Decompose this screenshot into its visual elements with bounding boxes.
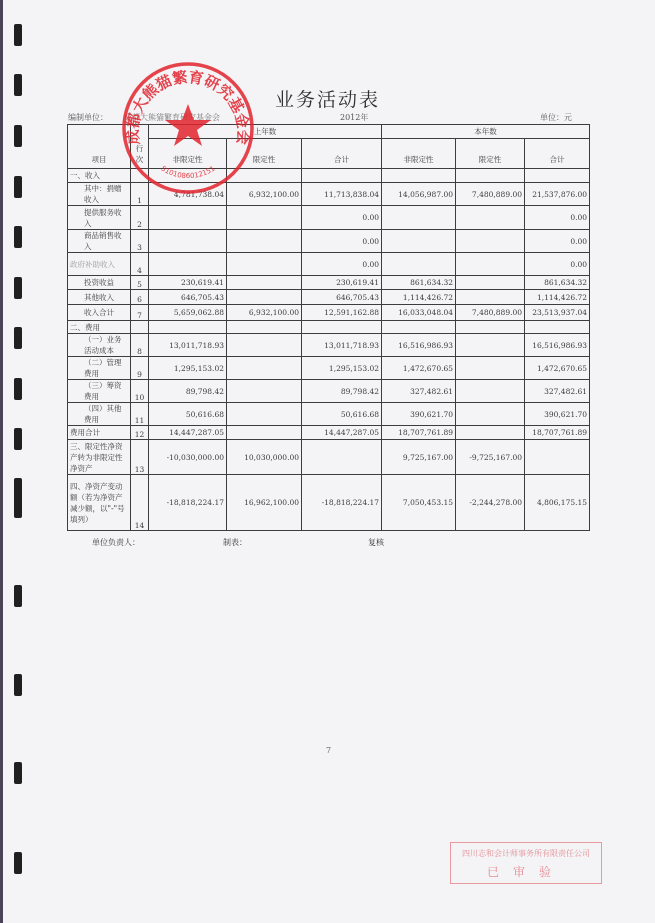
header-item: 项目	[68, 125, 131, 169]
audit-firm-name: 四川志和会计师事务所有限责任公司	[451, 848, 601, 859]
cell-cy-total: 0.00	[525, 230, 590, 253]
row-item-label: 三、限定性净资产转为非限定性净资产	[68, 440, 131, 475]
cell-cy-res: -9,725,167.00	[456, 440, 525, 475]
cell-cy-total: 861,634.32	[525, 276, 590, 290]
cell-py-unres: -10,030,000.00	[149, 440, 227, 475]
cell-cy-total: 0.00	[525, 206, 590, 230]
binding-hole	[14, 762, 22, 784]
cell-cy-res	[456, 380, 525, 403]
table-row: 二、费用	[68, 321, 590, 334]
cell-py-res	[227, 206, 302, 230]
row-item-label: 商品销售收入	[68, 230, 131, 253]
row-line-number: 1	[131, 183, 149, 206]
table-row: 投资收益5230,619.41230,619.41861,634.32861,6…	[68, 276, 590, 290]
cell-cy-total: 21,537,876.00	[525, 183, 590, 206]
row-item-label: 其中：捐赠收入	[68, 183, 131, 206]
cell-py-total: 89,798.42	[302, 380, 382, 403]
cell-py-total	[302, 440, 382, 475]
row-line-number: 5	[131, 276, 149, 290]
cell-cy-unres: 861,634.32	[382, 276, 456, 290]
cell-py-unres	[149, 206, 227, 230]
row-item-label: 政府补助收入	[68, 253, 131, 276]
cell-cy-res	[456, 206, 525, 230]
cell-py-unres: 4,781,738.04	[149, 183, 227, 206]
cell-py-total: 0.00	[302, 230, 382, 253]
cell-cy-res	[456, 321, 525, 334]
cell-cy-unres	[382, 230, 456, 253]
cell-py-unres: 230,619.41	[149, 276, 227, 290]
cell-cy-total	[525, 440, 590, 475]
cell-cy-total: 18,707,761.89	[525, 426, 590, 440]
cell-cy-unres: 390,621.70	[382, 403, 456, 426]
cell-py-unres	[149, 169, 227, 183]
cell-cy-unres: 16,516,986.93	[382, 334, 456, 357]
cell-py-res	[227, 403, 302, 426]
report-year: 2012年	[340, 112, 368, 123]
report-title: 业务活动表	[0, 85, 655, 112]
cell-py-unres: -18,818,224.17	[149, 475, 227, 531]
cell-py-res	[227, 290, 302, 305]
cell-cy-unres: 7,050,453.15	[382, 475, 456, 531]
row-item-label: （三）筹资费用	[68, 380, 131, 403]
cell-py-res: 6,932,100.00	[227, 305, 302, 321]
cell-cy-res	[456, 403, 525, 426]
cell-py-res	[227, 276, 302, 290]
row-line-number: 12	[131, 426, 149, 440]
header-current-year: 本年数	[382, 125, 590, 139]
row-item-label: 投资收益	[68, 276, 131, 290]
row-line-number: 14	[131, 475, 149, 531]
cell-py-unres: 50,616.68	[149, 403, 227, 426]
cell-py-res	[227, 253, 302, 276]
header-prior-year: 上年数	[149, 125, 382, 139]
cell-py-unres: 14,447,287.05	[149, 426, 227, 440]
binding-hole	[14, 176, 22, 198]
responsible-person-label: 单位负责人：	[92, 537, 140, 548]
cell-py-total: 1,295,153.02	[302, 357, 382, 380]
page-number: 7	[326, 746, 331, 755]
cell-cy-unres: 9,725,167.00	[382, 440, 456, 475]
binding-hole	[14, 585, 22, 607]
cell-cy-total: 1,472,670.65	[525, 357, 590, 380]
table-row: 一、收入	[68, 169, 590, 183]
cell-cy-total: 390,621.70	[525, 403, 590, 426]
cell-cy-res	[456, 230, 525, 253]
row-item-label: 一、收入	[68, 169, 131, 183]
header-line-no: 行次	[131, 125, 149, 169]
cell-cy-res: 7,480,889.00	[456, 183, 525, 206]
cell-py-total: 13,011,718.93	[302, 334, 382, 357]
table-row: （二）管理费用91,295,153.021,295,153.021,472,67…	[68, 357, 590, 380]
reviewed-by-label: 复核	[368, 537, 384, 548]
row-line-number: 6	[131, 290, 149, 305]
row-item-label: （四）其他费用	[68, 403, 131, 426]
row-line-number: 13	[131, 440, 149, 475]
currency-unit: 单位：元	[540, 112, 572, 123]
compiling-unit: 成都大熊猫繁育研究基金会	[124, 112, 220, 123]
cell-cy-res	[456, 253, 525, 276]
cell-py-res	[227, 334, 302, 357]
binding-hole	[14, 852, 22, 874]
cell-py-unres: 13,011,718.93	[149, 334, 227, 357]
row-item-label: 四、净资产变动额（若为净资产减少额，以"-"号填列）	[68, 475, 131, 531]
cell-cy-unres: 1,472,670.65	[382, 357, 456, 380]
row-item-label: 收入合计	[68, 305, 131, 321]
row-line-number: 11	[131, 403, 149, 426]
row-item-label: 其他收入	[68, 290, 131, 305]
cell-py-res	[227, 426, 302, 440]
cell-cy-total: 4,806,175.15	[525, 475, 590, 531]
table-body: 一、收入其中：捐赠收入14,781,738.046,932,100.0011,7…	[68, 169, 590, 531]
cell-py-total: 230,619.41	[302, 276, 382, 290]
business-activity-table: 项目 行次 上年数 本年数 非限定性 限定性 合计 非限定性 限定性 合计 一、…	[67, 124, 590, 531]
cell-cy-res	[456, 334, 525, 357]
header-cy-unrestricted: 非限定性	[382, 139, 456, 169]
cell-py-unres	[149, 321, 227, 334]
cell-py-res	[227, 169, 302, 183]
table-row: （一）业务活动成本813,011,718.9313,011,718.9316,5…	[68, 334, 590, 357]
cell-py-res: 16,962,100.00	[227, 475, 302, 531]
cell-cy-unres	[382, 206, 456, 230]
binding-hole	[14, 125, 22, 147]
row-line-number: 10	[131, 380, 149, 403]
row-item-label: （一）业务活动成本	[68, 334, 131, 357]
cell-cy-res: -2,244,278.00	[456, 475, 525, 531]
audit-stamp: 四川志和会计师事务所有限责任公司 已审验	[450, 842, 602, 884]
table-row: 四、净资产变动额（若为净资产减少额，以"-"号填列）14-18,818,224.…	[68, 475, 590, 531]
table-row: 提供服务收入20.000.00	[68, 206, 590, 230]
cell-py-res	[227, 321, 302, 334]
cell-py-res	[227, 357, 302, 380]
row-item-label: 二、费用	[68, 321, 131, 334]
header-cy-restricted: 限定性	[456, 139, 525, 169]
cell-cy-res	[456, 357, 525, 380]
cell-py-res: 6,932,100.00	[227, 183, 302, 206]
row-line-number: 2	[131, 206, 149, 230]
cell-cy-unres: 327,482.61	[382, 380, 456, 403]
cell-py-res	[227, 230, 302, 253]
cell-py-total: 0.00	[302, 206, 382, 230]
cell-py-total: -18,818,224.17	[302, 475, 382, 531]
cell-cy-unres	[382, 253, 456, 276]
table-row: 收入合计75,659,062.886,932,100.0012,591,162.…	[68, 305, 590, 321]
cell-cy-total: 23,513,937.04	[525, 305, 590, 321]
row-line-number: 7	[131, 305, 149, 321]
cell-cy-total: 16,516,986.93	[525, 334, 590, 357]
header-py-restricted: 限定性	[227, 139, 302, 169]
row-item-label: （二）管理费用	[68, 357, 131, 380]
cell-cy-res	[456, 169, 525, 183]
header-cy-total: 合计	[525, 139, 590, 169]
cell-py-total: 50,616.68	[302, 403, 382, 426]
compiling-unit-label: 编制单位：	[68, 112, 108, 123]
cell-cy-unres	[382, 169, 456, 183]
binding-hole	[14, 496, 22, 518]
cell-cy-res	[456, 426, 525, 440]
row-item-label: 费用合计	[68, 426, 131, 440]
cell-cy-total	[525, 321, 590, 334]
table-row: 政府补助收入40.000.00	[68, 253, 590, 276]
cell-py-unres: 5,659,062.88	[149, 305, 227, 321]
row-line-number: 3	[131, 230, 149, 253]
table-row: 其中：捐赠收入14,781,738.046,932,100.0011,713,8…	[68, 183, 590, 206]
row-line-number: 8	[131, 334, 149, 357]
table-row: 商品销售收入30.000.00	[68, 230, 590, 253]
cell-cy-unres: 18,707,761.89	[382, 426, 456, 440]
header-py-unrestricted: 非限定性	[149, 139, 227, 169]
binding-hole	[14, 277, 22, 299]
row-line-number: 4	[131, 253, 149, 276]
table-row: （四）其他费用1150,616.6850,616.68390,621.70390…	[68, 403, 590, 426]
cell-cy-res: 7,480,889.00	[456, 305, 525, 321]
binding-hole	[14, 378, 22, 400]
cell-cy-total: 1,114,426.72	[525, 290, 590, 305]
cell-py-res	[227, 380, 302, 403]
table-row: 三、限定性净资产转为非限定性净资产13-10,030,000.0010,030,…	[68, 440, 590, 475]
binding-hole	[14, 226, 22, 248]
scan-left-edge	[0, 0, 3, 923]
row-line-number: 9	[131, 357, 149, 380]
row-line-number	[131, 169, 149, 183]
cell-py-total: 12,591,162.88	[302, 305, 382, 321]
cell-cy-unres: 1,114,426.72	[382, 290, 456, 305]
cell-cy-total	[525, 169, 590, 183]
cell-cy-res	[456, 276, 525, 290]
cell-py-total: 646,705.43	[302, 290, 382, 305]
row-line-number	[131, 321, 149, 334]
cell-cy-unres: 16,033,048.04	[382, 305, 456, 321]
binding-hole	[14, 428, 22, 450]
cell-py-total: 0.00	[302, 253, 382, 276]
cell-cy-total: 0.00	[525, 253, 590, 276]
cell-py-res: 10,030,000.00	[227, 440, 302, 475]
cell-cy-res	[456, 290, 525, 305]
cell-py-total: 11,713,838.04	[302, 183, 382, 206]
cell-py-unres: 1,295,153.02	[149, 357, 227, 380]
cell-py-unres: 646,705.43	[149, 290, 227, 305]
header-py-total: 合计	[302, 139, 382, 169]
cell-py-unres: 89,798.42	[149, 380, 227, 403]
table-row: 费用合计1214,447,287.0514,447,287.0518,707,7…	[68, 426, 590, 440]
audit-status: 已审验	[451, 863, 601, 880]
cell-py-unres	[149, 230, 227, 253]
binding-hole	[14, 327, 22, 349]
table-row: 其他收入6646,705.43646,705.431,114,426.721,1…	[68, 290, 590, 305]
cell-py-total	[302, 321, 382, 334]
table-row: （三）筹资费用1089,798.4289,798.42327,482.61327…	[68, 380, 590, 403]
prepared-by-label: 制表：	[223, 537, 247, 548]
cell-py-total: 14,447,287.05	[302, 426, 382, 440]
cell-py-unres	[149, 253, 227, 276]
binding-hole	[14, 674, 22, 696]
cell-cy-unres: 14,056,987.00	[382, 183, 456, 206]
binding-hole	[14, 24, 22, 46]
row-item-label: 提供服务收入	[68, 206, 131, 230]
cell-py-total	[302, 169, 382, 183]
cell-cy-unres	[382, 321, 456, 334]
cell-cy-total: 327,482.61	[525, 380, 590, 403]
